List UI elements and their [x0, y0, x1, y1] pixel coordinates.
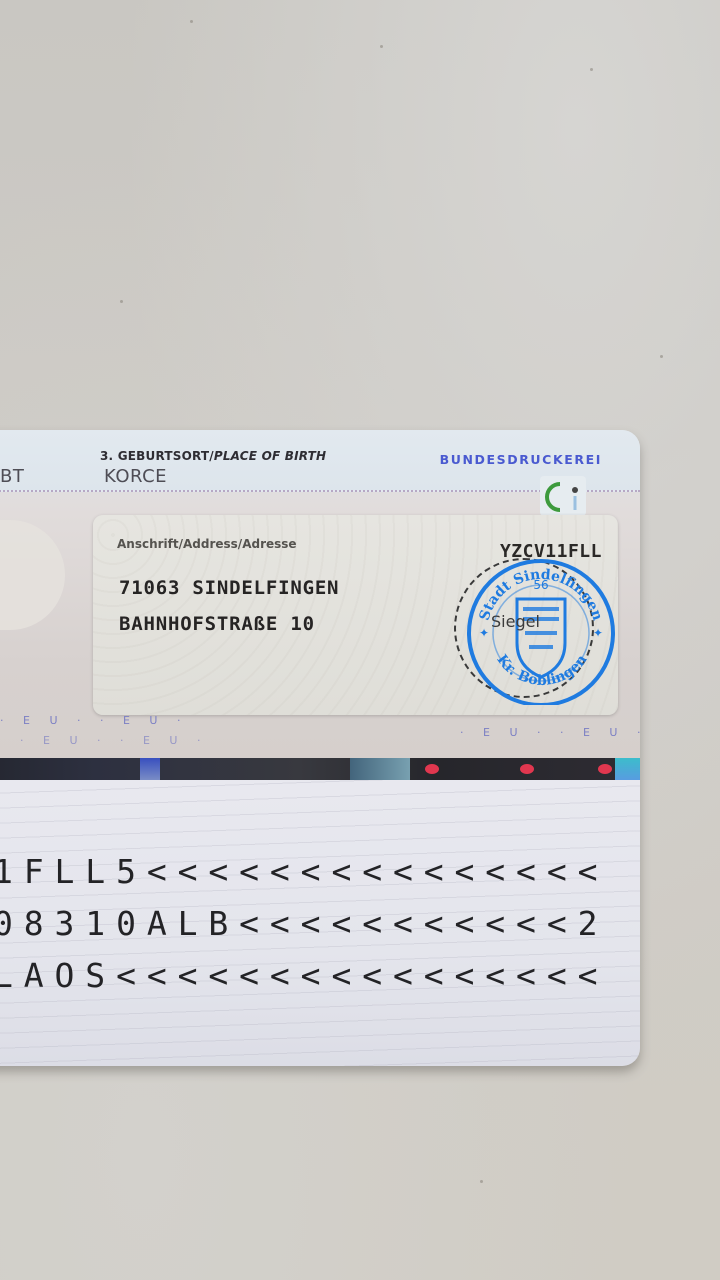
eu-pattern: · E U · · E U · [0, 714, 188, 727]
card-upper-section: BT 3. GEBURTSORT/PLACE OF BIRTH KORCE BU… [0, 430, 640, 762]
mrz-line-3: LAOS<<<<<<<<<<<<<<<< [0, 956, 608, 995]
place-of-birth-label: 3. GEBURTSORT/PLACE OF BIRTH [100, 449, 326, 463]
address-label: Anschrift/Address/Adresse [117, 537, 297, 551]
address-line-1: 71063 SINDELFINGEN [119, 577, 339, 599]
svg-text:56: 56 [533, 578, 548, 592]
eu-pattern: · E U · · E U · [20, 734, 208, 747]
field-number: 3. [100, 449, 113, 463]
mrz-line-1: 1FLL5<<<<<<<<<<<<<<< [0, 852, 608, 891]
city-stamp-icon: Stadt Sindelfingen Kr. Böblingen 56 ✦ ✦ [465, 555, 617, 705]
address-sticker: Anschrift/Address/Adresse 71063 SINDELFI… [93, 515, 618, 715]
id-card: BT 3. GEBURTSORT/PLACE OF BIRTH KORCE BU… [0, 430, 640, 1066]
stone-speck [480, 1180, 483, 1183]
svg-text:✦: ✦ [479, 626, 489, 640]
mrz-line-2: 08310ALB<<<<<<<<<<<2 [0, 904, 608, 943]
stone-speck [120, 300, 123, 303]
ghost-image [0, 520, 65, 630]
seal-label: Siegel [491, 612, 540, 631]
field-label-en: PLACE OF BIRTH [214, 449, 326, 463]
svg-text:✦: ✦ [593, 626, 603, 640]
place-of-birth-value: KORCE [104, 466, 167, 487]
stone-speck [590, 68, 593, 71]
eu-microprint-band: · E U · · E U · · E U · · E U · · E U · … [0, 712, 640, 762]
eu-pattern: · E U · · E U · [460, 726, 640, 739]
stone-speck [660, 355, 663, 358]
field-label-de: GEBURTSORT/ [118, 449, 214, 463]
stone-speck [190, 20, 193, 23]
mrz-zone: 1FLL5<<<<<<<<<<<<<<< 08310ALB<<<<<<<<<<<… [0, 780, 640, 1066]
stone-speck [380, 45, 383, 48]
svg-text:Kr. Böblingen: Kr. Böblingen [493, 652, 590, 689]
issuer-label: BUNDESDRUCKEREI [440, 452, 602, 467]
hologram-strip [0, 758, 640, 780]
address-line-2: BAHNHOFSTRAßE 10 [119, 613, 315, 635]
eid-logo-icon [540, 476, 586, 516]
left-field-fragment: BT [0, 466, 24, 487]
